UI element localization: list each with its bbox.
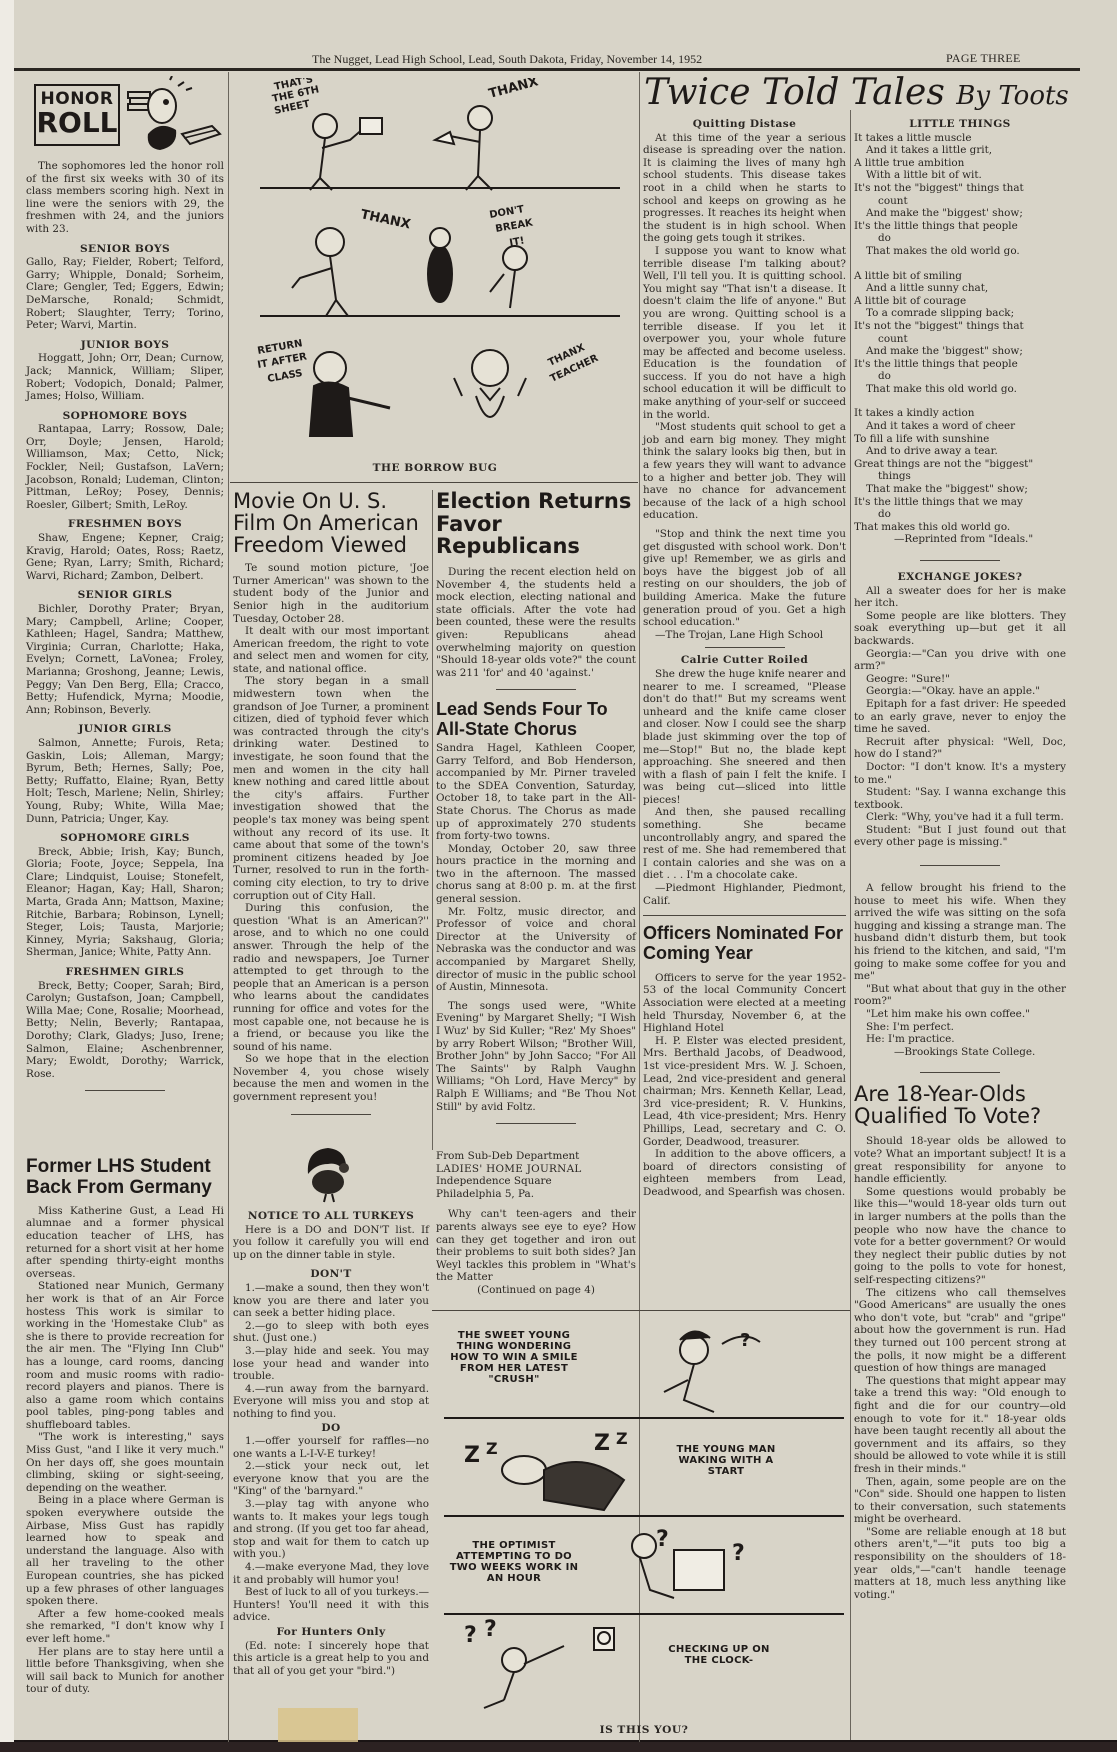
jokes-title: EXCHANGE JOKES?	[854, 571, 1066, 584]
jokes-body: All a sweater does for her is make her i…	[854, 585, 1066, 849]
poem-line: To a comrade slipping back;	[854, 307, 1066, 320]
panel-caption: THE SWEET YOUNG THING WONDERING HOW TO W…	[444, 1330, 584, 1385]
honor-roll-column: The sophomores led the honor roll of the…	[26, 160, 224, 1101]
page-edge	[0, 0, 14, 1752]
group-names: Bichler, Dorothy Prater; Bryan, Mary; Ca…	[26, 603, 224, 716]
joke-line: Epitaph for a fast driver: He speeded to…	[854, 698, 1066, 736]
is-this-you-caption: IS THIS YOU?	[444, 1724, 844, 1736]
joke-line: Georgia:—"Can you drive with one arm?"	[854, 648, 1066, 673]
fellow-source: —Brookings State College.	[854, 1046, 1066, 1059]
poem-line: And a little sunny chat,	[854, 282, 1066, 295]
chorus-headline: Lead Sends Four To All-State Chorus	[436, 700, 636, 740]
movie-headline: Movie On U. S. Film On American Freedom …	[233, 490, 429, 556]
dont-title: DON'T	[233, 1268, 429, 1281]
masthead-rule	[14, 68, 1080, 71]
svg-text:THANX: THANX	[359, 207, 412, 232]
joke-line: Some people are like blotters. They soak…	[854, 610, 1066, 648]
group-title: JUNIOR BOYS	[26, 339, 224, 352]
panel-caption: THE OPTIMIST ATTEMPTING TO DO TWO WEEKS …	[444, 1540, 584, 1584]
poem-line: That makes the old world go.	[854, 245, 1066, 258]
poem-line: do	[854, 370, 1066, 383]
gust-article: Former LHS Student Back From Germany Mis…	[26, 1157, 224, 1696]
stanza-gap	[854, 258, 1066, 270]
joke-line: Student: "Say. I wanna exchange this tex…	[854, 786, 1066, 811]
group-title: JUNIOR GIRLS	[26, 723, 224, 736]
joke-line: All a sweater does for her is make her i…	[854, 585, 1066, 610]
joke-line: "But what about that guy in the other ro…	[854, 983, 1066, 1008]
joke-line: Student: "But I just found out that ever…	[854, 824, 1066, 849]
page-number: PAGE THREE	[946, 51, 1021, 66]
joke-line: Clerk: "Why, you've had it a full term.	[854, 811, 1066, 824]
vote-headline: Are 18-Year-Olds Qualified To Vote?	[854, 1083, 1066, 1127]
movie-article: Movie On U. S. Film On American Freedom …	[233, 490, 429, 1125]
stanza-gap	[854, 395, 1066, 407]
poem-line: That make the "biggest" show;	[854, 483, 1066, 496]
poem-line: A little bit of smiling	[854, 270, 1066, 283]
svg-text:IT!: IT!	[509, 235, 526, 248]
svg-text:BREAK: BREAK	[495, 217, 535, 235]
poem-line: That make this old world go.	[854, 383, 1066, 396]
panel-caption: THE YOUNG MAN WAKING WITH A START	[666, 1444, 786, 1477]
poem-line: It takes a little muscle	[854, 132, 1066, 145]
is-this-you-cartoon: ? ZZZZ ?? ?? THE SWEET YOUNG THING WONDE…	[444, 1320, 844, 1710]
svg-text:?: ?	[740, 1330, 750, 1351]
joke-line: "Let him make his own coffee."	[854, 1008, 1066, 1021]
masthead-line: The Nugget, Lead High School, Lead, Sout…	[312, 52, 702, 67]
section-rule	[432, 1310, 850, 1311]
joke-line: A fellow brought his friend to the house…	[854, 882, 1066, 983]
column-divider	[228, 72, 229, 1742]
divider	[85, 1090, 165, 1091]
group-title: SOPHOMORE BOYS	[26, 410, 224, 423]
joke-line: Doctor: "I don't know. It's a mystery to…	[854, 761, 1066, 786]
group-names: Hoggatt, John; Orr, Dean; Curnow, Jack; …	[26, 352, 224, 402]
little-things-poem: LITTLE THINGS It takes a little muscleAn…	[854, 118, 1066, 1601]
joke-line: Recruit after physical: "Well, Doc, how …	[854, 736, 1066, 761]
poem-line: A little true ambition	[854, 157, 1066, 170]
svg-text:Z: Z	[594, 1431, 610, 1456]
turkey-icon	[298, 1144, 358, 1204]
group-names: Shaw, Engene; Kepner, Craig; Kravig, Har…	[26, 532, 224, 582]
hunters-title: For Hunters Only	[233, 1626, 429, 1639]
calrie-title: Calrie Cutter Roiled	[643, 654, 846, 667]
do-title: DO	[233, 1422, 429, 1435]
poem-line: It's not the "biggest" things that	[854, 182, 1066, 195]
panel-caption: CHECKING UP ON THE CLOCK-	[664, 1644, 774, 1666]
ladies-journal-article: From Sub-Deb Department LADIES' HOME JOU…	[436, 1150, 636, 1297]
honor-roll-intro: The sophomores led the honor roll of the…	[26, 160, 224, 236]
joke-line: He: I'm practice.	[854, 1033, 1066, 1046]
group-title: SENIOR BOYS	[26, 243, 224, 256]
divider	[496, 689, 576, 690]
twice-told-title: Twice Told Tales By Toots	[644, 72, 1069, 113]
poem-line: To fill a life with sunshine	[854, 433, 1066, 446]
poem-line: do	[854, 508, 1066, 521]
poem-line: And to drive away a tear.	[854, 445, 1066, 458]
joke-line: Georgia:—"Okay. have an apple."	[854, 685, 1066, 698]
fellow-joke: A fellow brought his friend to the house…	[854, 882, 1066, 1046]
poem-line: count	[854, 333, 1066, 346]
group-names: Salmon, Annette; Furois, Reta; Gaskin, L…	[26, 737, 224, 825]
divider	[705, 647, 785, 648]
divider	[920, 1072, 1000, 1073]
page-bottom-edge	[0, 1742, 1117, 1752]
column-divider	[850, 110, 851, 1740]
svg-text:?: ?	[464, 1623, 477, 1648]
poem-line: It's the little things that people	[854, 358, 1066, 371]
poem-title: LITTLE THINGS	[854, 118, 1066, 131]
poem-line: And make the "biggest' show;	[854, 207, 1066, 220]
poem-line: It takes a kindly action	[854, 407, 1066, 420]
masthead: The Nugget, Lead High School, Lead, Sout…	[0, 48, 1080, 70]
svg-text:?: ?	[732, 1541, 745, 1566]
section-rule	[230, 482, 638, 483]
poem-line: It's the little things that people	[854, 220, 1066, 233]
divider	[920, 865, 1000, 866]
group-title: SENIOR GIRLS	[26, 589, 224, 602]
student-books-cartoon-icon	[120, 76, 224, 158]
group-names: Gallo, Ray; Fielder, Robert; Telford, Ga…	[26, 256, 224, 332]
poem-line: count	[854, 195, 1066, 208]
group-title: FRESHMEN BOYS	[26, 518, 224, 531]
quitting-article: Quitting Distase At this time of the yea…	[643, 118, 846, 1199]
poem-line: With a little bit of wit.	[854, 169, 1066, 182]
continued-link[interactable]: (Continued on page 4)	[436, 1284, 636, 1297]
officers-headline: Officers Nominated For Coming Year	[643, 924, 846, 964]
poem-source: —Reprinted from "Ideals."	[854, 533, 1066, 546]
group-names: Rantapaa, Larry; Rossow, Dale; Orr, Doyl…	[26, 423, 224, 511]
svg-text:CLASS: CLASS	[267, 368, 304, 385]
election-article: Election Returns Favor Republicans Durin…	[436, 490, 636, 1134]
quitting-title: Quitting Distase	[643, 118, 846, 131]
group-names: Breck, Betty; Cooper, Sarah; Bird, Carol…	[26, 980, 224, 1081]
svg-text:THANX: THANX	[487, 78, 540, 102]
divider	[291, 1114, 371, 1115]
group-title: SOPHOMORE GIRLS	[26, 832, 224, 845]
divider	[920, 560, 1000, 561]
poem-line: Great things are not the "biggest"	[854, 458, 1066, 471]
poem-line: And make the 'biggest" show;	[854, 345, 1066, 358]
svg-text:?: ?	[656, 1527, 669, 1552]
election-headline: Election Returns Favor Republicans	[436, 490, 636, 558]
group-title: FRESHMEN GIRLS	[26, 966, 224, 979]
poem-line: And it takes a little grit,	[854, 144, 1066, 157]
poem-line: It's the little things that we may	[854, 496, 1066, 509]
poem-line: That makes this old world go.	[854, 521, 1066, 534]
joke-line: Geogre: "Sure!"	[854, 673, 1066, 686]
section-rule	[643, 915, 846, 916]
poem-line: do	[854, 232, 1066, 245]
svg-text:Z: Z	[464, 1443, 480, 1468]
divider	[496, 1123, 576, 1124]
borrow-bug-cartoon-icon: THAT'S THE 6TH SHEET THANX THANX DON'T B…	[240, 78, 630, 458]
poem-line: And it takes a word of cheer	[854, 420, 1066, 433]
turkeys-title: NOTICE TO ALL TURKEYS	[233, 1210, 429, 1223]
svg-text:Z: Z	[616, 1429, 628, 1448]
borrow-bug-caption: THE BORROW BUG	[240, 462, 630, 474]
poem-line: It's not the "biggest" things that	[854, 320, 1066, 333]
svg-text:Z: Z	[486, 1439, 498, 1458]
tape-mark	[278, 1708, 358, 1742]
svg-text:DON'T: DON'T	[489, 204, 526, 221]
poem-body: It takes a little muscleAnd it takes a l…	[854, 132, 1066, 534]
turkeys-article: NOTICE TO ALL TURKEYS Here is a DO and D…	[233, 1210, 429, 1677]
gust-headline: Former LHS Student Back From Germany	[26, 1157, 224, 1199]
poem-line: things	[854, 470, 1066, 483]
poem-line: A little bit of courage	[854, 295, 1066, 308]
honor-roll-logo: HONOR ROLL	[34, 84, 120, 146]
group-names: Breck, Abbie; Irish, Kay; Bunch, Gloria;…	[26, 846, 224, 959]
joke-line: She: I'm perfect.	[854, 1021, 1066, 1034]
svg-text:?: ?	[484, 1617, 497, 1642]
column-divider	[432, 490, 433, 1150]
